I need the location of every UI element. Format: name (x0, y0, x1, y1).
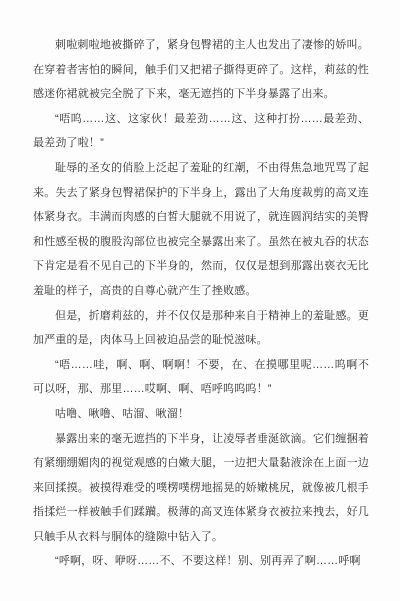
page-text-content: 刺啦刺啦地被撕碎了，紧身包臀裙的主人也发出了凄惨的娇叫。在穿着者害怕的瞬间，触手… (0, 0, 400, 574)
paragraph: 耻辱的圣女的俏脸上泛起了羞耻的红潮，不由得焦急地咒骂了起来。失去了紧身包臀裙保护… (33, 156, 369, 304)
paragraph: “唔……哇，啊、啊、啊啊！不要，在、在摸哪里呢……呜啊不可以呀，那、那里……哎啊… (33, 353, 369, 402)
paragraph: 暴露出来的毫无遮挡的下半身，让凌辱者垂涎欲滴。它们缠捆着有紧绷绷媚肉的视觉观感的… (33, 427, 369, 550)
paragraph: 但是，折磨莉兹的，并不仅仅是那种来自于精神上的羞耻感。更加严重的是，肉体马上回被… (33, 304, 369, 353)
paragraph: 刺啦刺啦地被撕碎了，紧身包臀裙的主人也发出了凄惨的娇叫。在穿着者害怕的瞬间，触手… (33, 33, 369, 107)
paragraph: “呼啊，呀、咿呀……不、不要这样！别、别再弄了啊……呼啊 (33, 549, 369, 574)
reader-page: 刺啦刺啦地被撕碎了，紧身包臀裙的主人也发出了凄惨的娇叫。在穿着者害怕的瞬间，触手… (0, 0, 400, 601)
paragraph: “唔呜……这、这家伙！最差劲……这、这种打扮……最差劲、最差劲了啦！” (33, 107, 369, 156)
paragraph: 咕噜、啾噜、咕溜、啾溜！ (33, 402, 369, 427)
